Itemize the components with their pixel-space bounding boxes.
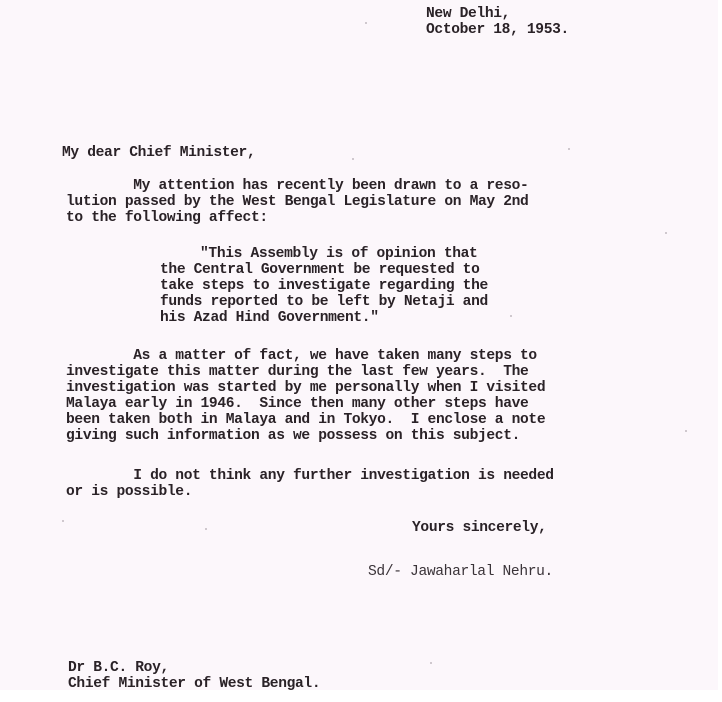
paragraph-line: investigate this matter during the last …	[66, 364, 528, 380]
paragraph-line: As a matter of fact, we have taken many …	[66, 348, 537, 364]
salutation: My dear Chief Minister,	[62, 145, 255, 161]
paper-speck	[510, 315, 512, 317]
paper-speck	[365, 22, 367, 24]
quote-line: funds reported to be left by Netaji and	[160, 294, 488, 310]
paragraph-line: My attention has recently been drawn to …	[66, 178, 528, 194]
addressee-title: Chief Minister of West Bengal.	[68, 676, 320, 692]
paragraph-line: giving such information as we possess on…	[66, 428, 520, 444]
paragraph-line: Malaya early in 1946. Since then many ot…	[66, 396, 528, 412]
paper-speck	[430, 662, 432, 664]
quote-line: "This Assembly is of opinion that	[200, 246, 477, 262]
letter-date: October 18, 1953.	[426, 22, 569, 38]
letter-place: New Delhi,	[426, 6, 510, 22]
letter-page: New Delhi, October 18, 1953. My dear Chi…	[0, 0, 718, 690]
paper-speck	[665, 232, 667, 234]
closing: Yours sincerely,	[412, 520, 547, 536]
quote-line: his Azad Hind Government."	[160, 310, 379, 326]
paragraph-line: been taken both in Malaya and in Tokyo. …	[66, 412, 545, 428]
paragraph-line: to the following affect:	[66, 210, 268, 226]
paper-speck	[62, 520, 64, 522]
addressee-name: Dr B.C. Roy,	[68, 660, 169, 676]
paper-speck	[352, 158, 354, 160]
paragraph-line: investigation was started by me personal…	[66, 380, 545, 396]
paper-speck	[205, 528, 207, 530]
signature: Sd/- Jawaharlal Nehru.	[368, 564, 553, 580]
quote-line: the Central Government be requested to	[160, 262, 480, 278]
paper-speck	[568, 148, 570, 150]
paragraph-line: or is possible.	[66, 484, 192, 500]
paragraph-line: I do not think any further investigation…	[66, 468, 554, 484]
paper-speck	[685, 430, 687, 432]
paragraph-line: lution passed by the West Bengal Legisla…	[66, 194, 528, 210]
quote-line: take steps to investigate regarding the	[160, 278, 488, 294]
